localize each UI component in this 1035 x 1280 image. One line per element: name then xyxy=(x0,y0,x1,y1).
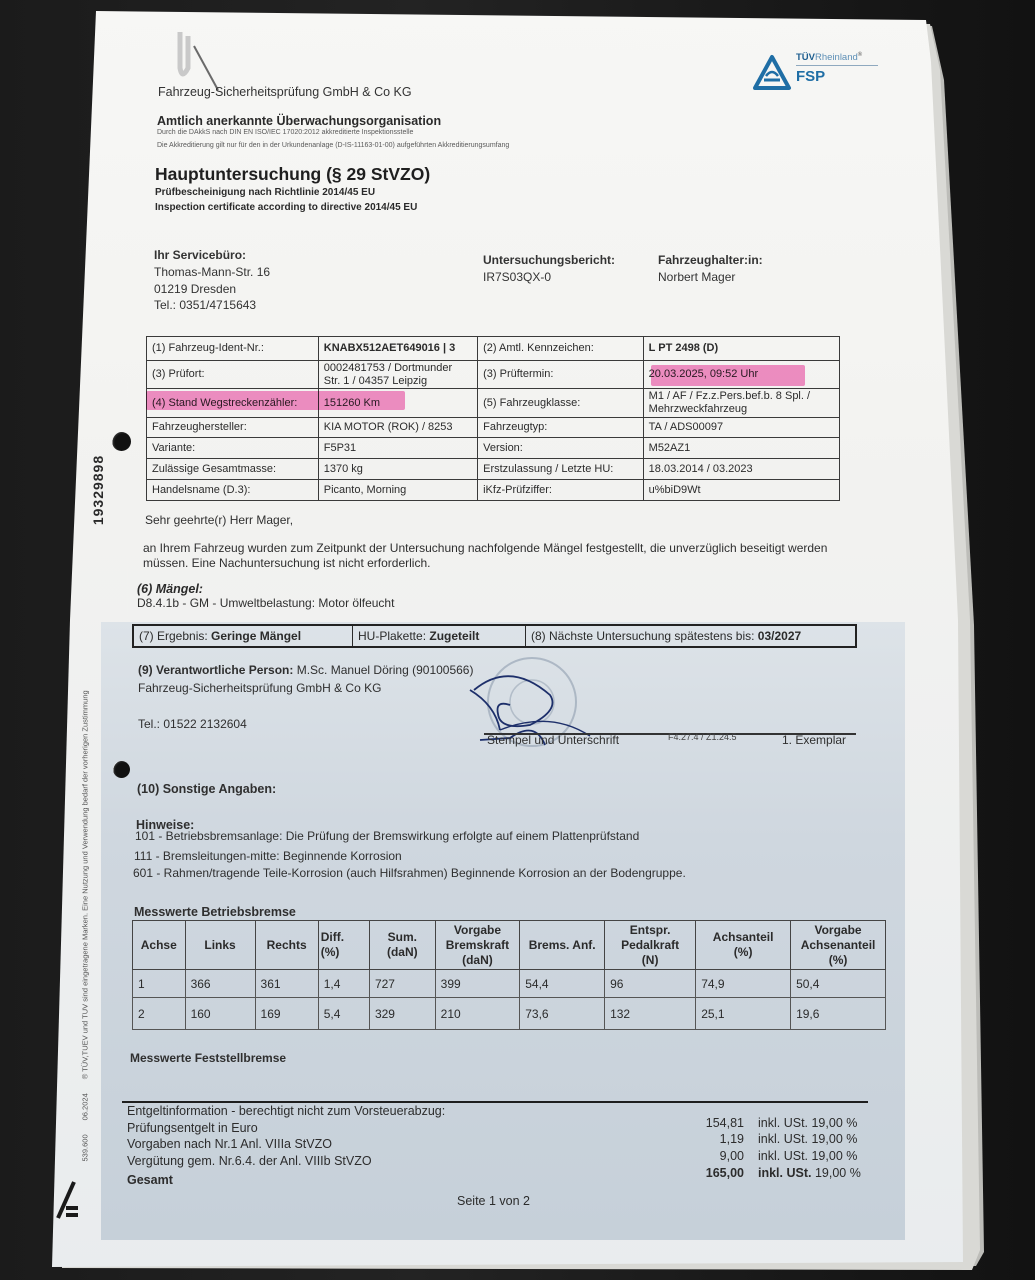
cell-diff: 5,4 xyxy=(318,998,369,1030)
defect-item: D8.4.1b - GM - Umweltbelastung: Motor öl… xyxy=(137,596,394,610)
responsible-company: Fahrzeug-Sicherheitsprüfung GmbH & Co KG xyxy=(138,681,381,695)
table-header-row: Achse Links Rechts Diff. (%) Sum. (daN) … xyxy=(133,921,886,970)
ikfz-code-label: iKfz-Prüfziffer: xyxy=(478,480,644,501)
cell-brake-req: 73,6 xyxy=(520,998,605,1030)
fee-amount: 1,19 xyxy=(650,1132,744,1146)
service-office-heading: Ihr Servicebüro: xyxy=(154,248,246,262)
tuv-rheinland-logo: TÜVRheinland® FSP xyxy=(750,50,890,94)
gross-weight-value: 1370 kg xyxy=(318,459,477,480)
column-header: Diff. (%) xyxy=(318,921,369,970)
odometer-highlight xyxy=(146,391,405,410)
responsible-phone: Tel.: 01522 2132604 xyxy=(138,717,247,731)
table-row: 2 160 169 5,4 329 210 73,6 132 25,1 19,6 xyxy=(133,998,886,1030)
responsible-person: (9) Verantwortliche Person: M.Sc. Manuel… xyxy=(138,663,473,677)
vehicle-class-value: M1 / AF / Fz.z.Pers.bef.b. 8 Spl. / Mehr… xyxy=(643,389,839,418)
note-item: 101 - Betriebsbremsanlage: Die Prüfung d… xyxy=(135,829,639,843)
service-brake-heading: Messwerte Betriebsbremse xyxy=(134,905,296,919)
logo-brand: TÜVRheinland® xyxy=(796,52,862,63)
parking-brake-heading: Messwerte Feststellbremse xyxy=(130,1051,286,1065)
fee-tax: inkl. USt. 19,00 % xyxy=(758,1116,857,1130)
inspection-place-value: 0002481753 / Dortmunder Str. 1 / 04357 L… xyxy=(318,361,477,389)
letter-body: an Ihrem Fahrzeug wurden zum Zeitpunkt d… xyxy=(143,541,855,571)
photo-scene: Fahrzeug-Sicherheitsprüfung GmbH & Co KG… xyxy=(0,0,1035,1280)
company-name: Fahrzeug-Sicherheitsprüfung GmbH & Co KG xyxy=(158,85,412,99)
copy-number: 1. Exemplar xyxy=(782,733,846,747)
vehicle-type-value: TA / ADS00097 xyxy=(643,418,839,438)
variant-value: F5P31 xyxy=(318,438,477,459)
result-table: (7) Ergebnis: Geringe Mängel HU-Plakette… xyxy=(132,624,857,648)
table-row: Zulässige Gesamtmasse: 1370 kg Erstzulas… xyxy=(147,459,840,480)
fees-divider xyxy=(122,1101,868,1103)
table-row: Fahrzeughersteller: KIA MOTOR (ROK) / 82… xyxy=(147,418,840,438)
column-header: Achse xyxy=(133,921,186,970)
column-header: Sum. (daN) xyxy=(369,921,435,970)
vehicle-data-table: (1) Fahrzeug-Ident-Nr.: KNABX512AET64901… xyxy=(146,336,840,501)
cell-right: 169 xyxy=(255,998,318,1030)
manufacturer-label: Fahrzeughersteller: xyxy=(147,418,319,438)
note-item: 601 - Rahmen/tragende Teile-Korrosion (a… xyxy=(133,866,686,880)
variant-label: Variante: xyxy=(147,438,319,459)
cell-right: 361 xyxy=(255,970,318,998)
vehicle-type-label: Fahrzeugtyp: xyxy=(478,418,644,438)
fee-total-tax: inkl. USt. 19,00 % xyxy=(758,1166,861,1180)
plakette-value: Zugeteilt xyxy=(429,629,479,643)
plate-value: L PT 2498 (D) xyxy=(643,337,839,361)
cell-required-force: 210 xyxy=(435,998,520,1030)
fees-intro: Entgeltinformation - berechtigt nicht zu… xyxy=(127,1104,445,1118)
plakette-cell: HU-Plakette: Zugeteilt xyxy=(353,625,526,647)
fee-total-label: Gesamt xyxy=(127,1173,173,1187)
punch-hole xyxy=(113,761,130,778)
cell-left: 366 xyxy=(185,970,255,998)
column-header: Vorgabe Bremskraft (daN) xyxy=(435,921,520,970)
cell-required-share: 50,4 xyxy=(791,970,886,998)
serial-number: 19329898 xyxy=(90,450,106,530)
cell-axle: 2 xyxy=(133,998,186,1030)
plate-label: (2) Amtl. Kennzeichen: xyxy=(478,337,644,361)
inspection-place-label: (3) Prüfort: xyxy=(147,361,319,389)
cell-required-force: 399 xyxy=(435,970,520,998)
manufacturer-value: KIA MOTOR (ROK) / 8253 xyxy=(318,418,477,438)
column-header: Brems. Anf. xyxy=(520,921,605,970)
cell-brake-req: 54,4 xyxy=(520,970,605,998)
form-code: F4.27.4 / Z1.24.5 xyxy=(668,732,737,742)
fee-total-amount: 165,00 xyxy=(650,1166,744,1180)
report-number: IR7S03QX-0 xyxy=(483,270,551,284)
version-label: Version: xyxy=(478,438,644,459)
signature-caption: Stempel und Unterschrift xyxy=(487,733,619,747)
gross-weight-label: Zulässige Gesamtmasse: xyxy=(147,459,319,480)
trade-name-value: Picanto, Morning xyxy=(318,480,477,501)
result-value: Geringe Mängel xyxy=(211,629,301,643)
registration-value: 18.03.2014 / 03.2023 xyxy=(643,459,839,480)
document-page: Fahrzeug-Sicherheitsprüfung GmbH & Co KG… xyxy=(0,0,1035,1280)
vehicle-class-label: (5) Fahrzeugklasse: xyxy=(478,389,644,418)
column-header: Entspr. Pedalkraft (N) xyxy=(605,921,696,970)
page-number: Seite 1 von 2 xyxy=(457,1194,530,1208)
next-inspection-cell: (8) Nächste Untersuchung spätestens bis:… xyxy=(526,625,857,647)
fee-label: Prüfungsentgelt in Euro xyxy=(127,1121,258,1135)
punch-hole xyxy=(112,432,131,451)
cell-sum: 727 xyxy=(369,970,435,998)
fee-tax: inkl. USt. 19,00 % xyxy=(758,1149,857,1163)
registration-label: Erstzulassung / Letzte HU: xyxy=(478,459,644,480)
cell-axle-share: 74,9 xyxy=(696,970,791,998)
fee-label: Vergütung gem. Nr.6.4. der Anl. VIIIb St… xyxy=(127,1154,372,1168)
cell-axle: 1 xyxy=(133,970,186,998)
cell-pedal-force: 96 xyxy=(605,970,696,998)
holder-heading: Fahrzeughalter:in: xyxy=(658,253,763,267)
vin-value: KNABX512AET649016 | 3 xyxy=(318,337,477,361)
subtitle-english: Inspection certificate according to dire… xyxy=(155,202,417,213)
table-row: (1) Fahrzeug-Ident-Nr.: KNABX512AET64901… xyxy=(147,337,840,361)
tuv-triangle-icon xyxy=(752,54,792,92)
cell-sum: 329 xyxy=(369,998,435,1030)
column-header: Links xyxy=(185,921,255,970)
remarks-heading: (10) Sonstige Angaben: xyxy=(137,782,276,796)
next-inspection-value: 03/2027 xyxy=(758,629,801,643)
table-row: 1 366 361 1,4 727 399 54,4 96 74,9 50,4 xyxy=(133,970,886,998)
column-header: Achsanteil (%) xyxy=(696,921,791,970)
cell-left: 160 xyxy=(185,998,255,1030)
logo-rule xyxy=(796,65,878,66)
fee-amount: 9,00 xyxy=(650,1149,744,1163)
organisation-title: Amtlich anerkannte Überwachungsorganisat… xyxy=(157,114,441,128)
result-cell: (7) Ergebnis: Geringe Mängel xyxy=(133,625,353,647)
column-header: Rechts xyxy=(255,921,318,970)
fee-amount: 154,81 xyxy=(650,1116,744,1130)
table-row: Handelsname (D.3): Picanto, Morning iKfz… xyxy=(147,480,840,501)
service-office-street: Thomas-Mann-Str. 16 xyxy=(154,265,270,279)
table-row: Variante: F5P31 Version: M52AZ1 xyxy=(147,438,840,459)
service-office-city: 01219 Dresden xyxy=(154,282,236,296)
cell-pedal-force: 132 xyxy=(605,998,696,1030)
fee-label: Vorgaben nach Nr.1 Anl. VIIIa StVZO xyxy=(127,1137,332,1151)
trademark-disclaimer: 539.60006.2024® TÜV,TUEV und TUV sind ei… xyxy=(81,592,90,1162)
subtitle-german: Prüfbescheinigung nach Richtlinie 2014/4… xyxy=(155,187,375,198)
logo-fsp: FSP xyxy=(796,68,825,85)
fee-tax: inkl. USt. 19,00 % xyxy=(758,1132,857,1146)
vin-label: (1) Fahrzeug-Ident-Nr.: xyxy=(147,337,319,361)
note-item: 111 - Bremsleitungen-mitte: Beginnende K… xyxy=(134,849,402,863)
document-title: Hauptuntersuchung (§ 29 StVZO) xyxy=(155,164,430,185)
defects-heading: (6) Mängel: xyxy=(137,582,203,596)
inspection-date-label: (3) Prüftermin: xyxy=(478,361,644,389)
cell-required-share: 19,6 xyxy=(791,998,886,1030)
salutation: Sehr geehrte(r) Herr Mager, xyxy=(145,513,293,527)
accreditation-line: Die Akkreditierung gilt nur für den in d… xyxy=(157,142,509,149)
inspection-date-highlight xyxy=(651,365,805,386)
ikfz-code-value: u%biD9Wt xyxy=(643,480,839,501)
service-office-phone: Tel.: 0351/4715643 xyxy=(154,298,256,312)
cell-diff: 1,4 xyxy=(318,970,369,998)
version-value: M52AZ1 xyxy=(643,438,839,459)
cell-axle-share: 25,1 xyxy=(696,998,791,1030)
service-brake-table: Achse Links Rechts Diff. (%) Sum. (daN) … xyxy=(132,920,886,1030)
brand-mark-icon xyxy=(54,1180,84,1220)
trade-name-label: Handelsname (D.3): xyxy=(147,480,319,501)
holder-name: Norbert Mager xyxy=(658,270,735,284)
column-header: Vorgabe Achsenanteil (%) xyxy=(791,921,886,970)
accreditation-line: Durch die DAkkS nach DIN EN ISO/IEC 1702… xyxy=(157,129,413,136)
report-heading: Untersuchungsbericht: xyxy=(483,253,615,267)
